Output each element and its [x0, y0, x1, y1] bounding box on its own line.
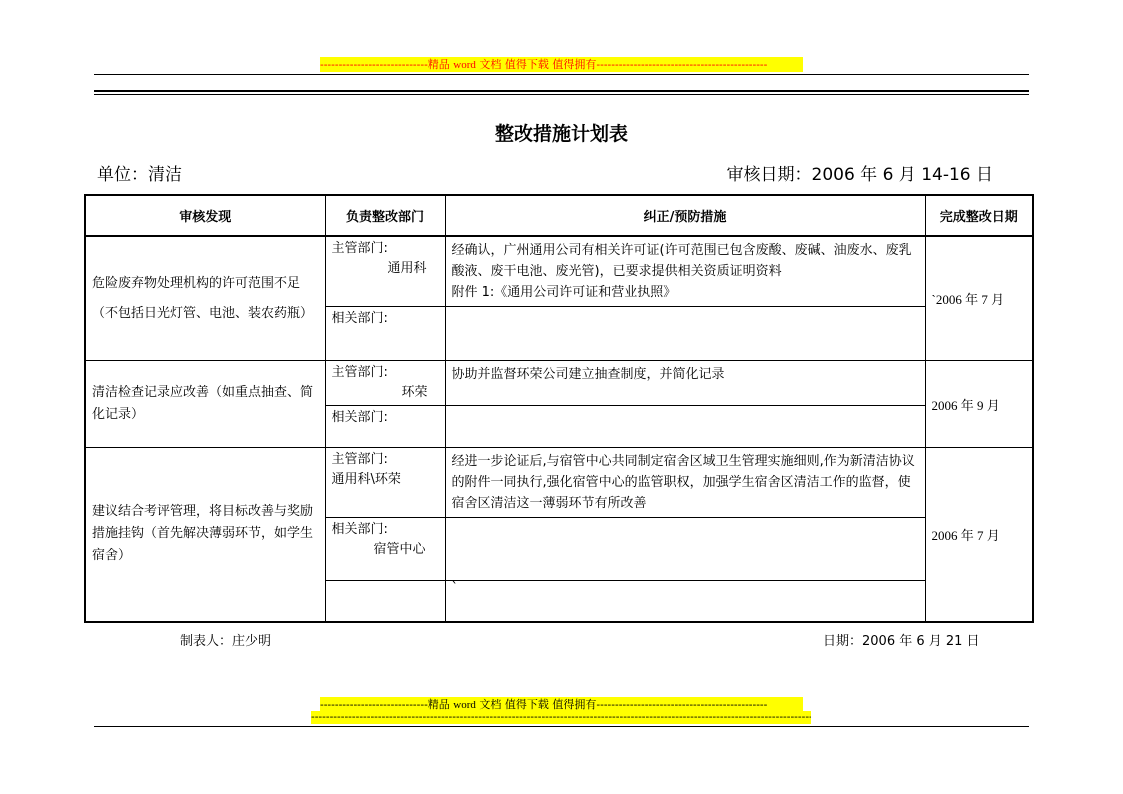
- related-dept-cell: 相关部门: 宿管中心: [325, 518, 445, 581]
- header-double-rule-top: [94, 90, 1029, 92]
- primary-dept-label: 主管部门:: [332, 241, 388, 256]
- related-dept-cell: 相关部门:: [325, 307, 445, 361]
- primary-dept-value: 通用科\环荣: [332, 470, 439, 490]
- footer-date: 日期：2006 年 6 月 21 日: [823, 630, 980, 649]
- header-responsible-dept: 负责整改部门: [325, 195, 445, 236]
- table-header-row: 审核发现 负责整改部门 纠正/预防措施 完成整改日期: [85, 195, 1033, 236]
- table-row: 清洁检查记录应改善（如重点抽查、简化记录） 主管部门: 环荣 协助并监督环荣公司…: [85, 361, 1033, 406]
- related-measure-cell: [445, 406, 925, 448]
- finding-cell: 建议结合考评管理，将目标改善与奖励措施挂钩（首先解决薄弱环节，如学生宿舍）: [85, 448, 325, 622]
- primary-dept-label: 主管部门:: [332, 365, 388, 380]
- measure-cell: 经确认，广州通用公司有相关许可证(许可范围已包含废酸、废碱、油废水、废乳酸液、废…: [445, 236, 925, 307]
- measure-text: 协助并监督环荣公司建立抽查制度，并简化记录: [452, 364, 919, 385]
- measure-cell: 协助并监督环荣公司建立抽查制度，并简化记录: [445, 361, 925, 406]
- related-dept-label: 相关部门:: [332, 311, 388, 326]
- primary-dept-value: 环荣: [332, 383, 439, 403]
- header-banner: -----------------------------精品 word 文档 …: [320, 57, 803, 72]
- measure-text: 经确认，广州通用公司有相关许可证(许可范围已包含废酸、废碱、油废水、废乳酸液、废…: [452, 240, 919, 282]
- unit-label: 单位：清洁: [97, 160, 182, 185]
- due-date-cell: `2006 年 7 月: [925, 236, 1033, 361]
- audit-date: 审核日期：2006 年 6 月 14-16 日: [727, 160, 994, 185]
- header-corrective-measures: 纠正/预防措施: [445, 195, 925, 236]
- related-dept-value: 宿管中心: [332, 540, 439, 560]
- header-double-rule-bottom: [94, 94, 1029, 95]
- primary-dept-cell: 主管部门: 通用科\环荣: [325, 448, 445, 518]
- related-dept-cell: 相关部门:: [325, 406, 445, 448]
- table-row: 建议结合考评管理，将目标改善与奖励措施挂钩（首先解决薄弱环节，如学生宿舍） 主管…: [85, 448, 1033, 518]
- attachment-text: 附件 1:《通用公司许可证和营业执照》: [452, 282, 919, 303]
- finding-text: 建议结合考评管理，将目标改善与奖励措施挂钩（首先解决薄弱环节，如学生宿舍）: [92, 504, 313, 563]
- primary-dept-cell: 主管部门: 通用科: [325, 236, 445, 307]
- finding-cell: 清洁检查记录应改善（如重点抽查、简化记录）: [85, 361, 325, 448]
- footer-banner-line1: -----------------------------精品 word 文档 …: [320, 697, 803, 711]
- banner-text-suffix: 文档 值得下载 值得拥有----------------------------…: [476, 698, 767, 711]
- extra-dept-cell: [325, 581, 445, 622]
- header-rule: [94, 74, 1029, 75]
- banner-text-prefix: -----------------------------精品: [320, 58, 453, 71]
- due-date: 2006 年 7 月: [932, 528, 1000, 543]
- primary-dept-cell: 主管部门: 环荣: [325, 361, 445, 406]
- due-date: 2006 年 9 月: [932, 398, 1000, 413]
- due-date-cell: 2006 年 7 月: [925, 448, 1033, 622]
- due-date-cell: 2006 年 9 月: [925, 361, 1033, 448]
- banner-text-word: word: [453, 59, 476, 71]
- banner-dashes: ----------------------------------------…: [311, 711, 811, 723]
- footer-banner-line2: ----------------------------------------…: [311, 711, 811, 724]
- page-title: 整改措施计划表: [0, 119, 1123, 146]
- related-dept-label: 相关部门:: [332, 410, 388, 425]
- related-measure-cell: [445, 307, 925, 361]
- extra-measure-cell: `: [445, 581, 925, 622]
- corrective-action-table: 审核发现 负责整改部门 纠正/预防措施 完成整改日期 危险废弃物处理机构的许可范…: [84, 194, 1034, 623]
- measure-text: 经进一步论证后,与宿管中心共同制定宿舍区域卫生管理实施细则,作为新清洁协议的附件…: [452, 451, 919, 514]
- primary-dept-label: 主管部门:: [332, 452, 388, 467]
- banner-text-suffix: 文档 值得下载 值得拥有----------------------------…: [476, 58, 767, 71]
- table-row: 危险废弃物处理机构的许可范围不足（不包括日光灯管、电池、装农药瓶） 主管部门: …: [85, 236, 1033, 307]
- related-dept-label: 相关部门:: [332, 522, 388, 537]
- extra-measure-text: `: [452, 581, 459, 596]
- finding-text: 危险废弃物处理机构的许可范围不足（不包括日光灯管、电池、装农药瓶）: [92, 276, 313, 321]
- prepared-by: 制表人：庄少明: [180, 630, 271, 649]
- banner-text-word: word: [453, 699, 476, 711]
- footer-rule: [94, 726, 1029, 727]
- header-audit-finding: 审核发现: [85, 195, 325, 236]
- due-date: `2006 年 7 月: [932, 292, 1005, 307]
- banner-text-prefix: -----------------------------精品: [320, 698, 453, 711]
- measure-cell: 经进一步论证后,与宿管中心共同制定宿舍区域卫生管理实施细则,作为新清洁协议的附件…: [445, 448, 925, 518]
- header-completion-date: 完成整改日期: [925, 195, 1033, 236]
- finding-text: 清洁检查记录应改善（如重点抽查、简化记录）: [92, 385, 313, 422]
- primary-dept-value: 通用科: [332, 259, 439, 279]
- related-measure-cell: [445, 518, 925, 581]
- finding-cell: 危险废弃物处理机构的许可范围不足（不包括日光灯管、电池、装农药瓶）: [85, 236, 325, 361]
